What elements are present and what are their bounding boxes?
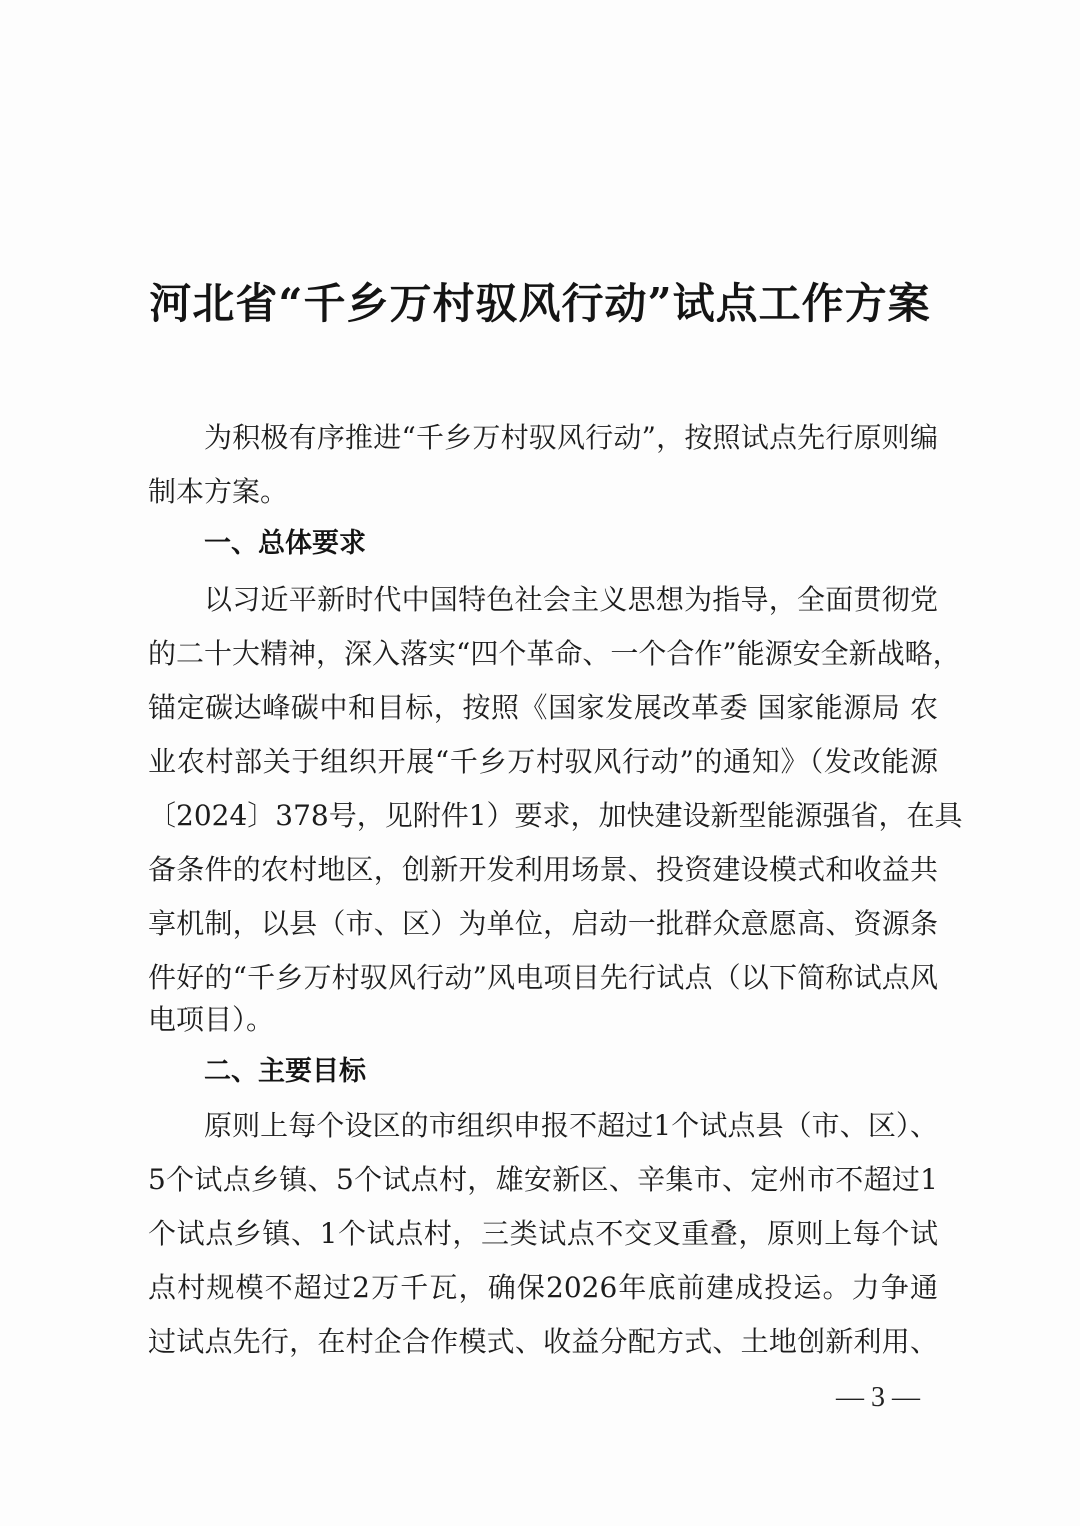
page-number: — 3 — — [828, 1378, 928, 1418]
document-page: 河北省“千乡万村驭风行动”试点工作方案 为积极有序推进“千乡万村驭风行动”，按照… — [0, 0, 1080, 1526]
paragraph-line: 电项目）。 — [148, 1000, 938, 1040]
paragraph-line: 件好的“千乡万村驭风行动”风电项目先行试点（以下简称试点风 — [148, 958, 938, 998]
paragraph-line: 5个试点乡镇、5个试点村，雄安新区、辛集市、定州市不超过1 — [148, 1160, 938, 1200]
paragraph-line: 过试点先行，在村企合作模式、收益分配方式、土地创新利用、 — [148, 1322, 938, 1362]
paragraph-line: 的二十大精神，深入落实“四个革命、一个合作”能源安全新战略， — [148, 634, 938, 674]
paragraph-line: 〔2024〕378号，见附件1）要求，加快建设新型能源强省，在具 — [148, 796, 938, 836]
paragraph-line: 个试点乡镇、1个试点村，三类试点不交叉重叠，原则上每个试 — [148, 1214, 938, 1254]
section-heading-main-goals: 二、主要目标 — [204, 1052, 366, 1092]
intro-line-1: 为积极有序推进“千乡万村驭风行动”，按照试点先行原则编 — [204, 418, 938, 458]
section-heading-general-requirements: 一、总体要求 — [204, 524, 366, 564]
paragraph-line: 以习近平新时代中国特色社会主义思想为指导，全面贯彻党 — [204, 580, 938, 620]
paragraph-line: 锚定碳达峰碳中和目标，按照《国家发展改革委 国家能源局 农 — [148, 688, 938, 728]
intro-line-2: 制本方案。 — [148, 472, 938, 512]
paragraph-line: 备条件的农村地区，创新开发利用场景、投资建设模式和收益共 — [148, 850, 938, 890]
paragraph-line: 原则上每个设区的市组织申报不超过1个试点县（市、区）、 — [204, 1106, 938, 1146]
paragraph-line: 业农村部关于组织开展“千乡万村驭风行动”的通知》（发改能源 — [148, 742, 938, 782]
paragraph-line: 点村规模不超过2万千瓦，确保2026年底前建成投运。力争通 — [148, 1268, 938, 1308]
document-title: 河北省“千乡万村驭风行动”试点工作方案 — [0, 272, 1080, 336]
paragraph-line: 享机制，以县（市、区）为单位，启动一批群众意愿高、资源条 — [148, 904, 938, 944]
